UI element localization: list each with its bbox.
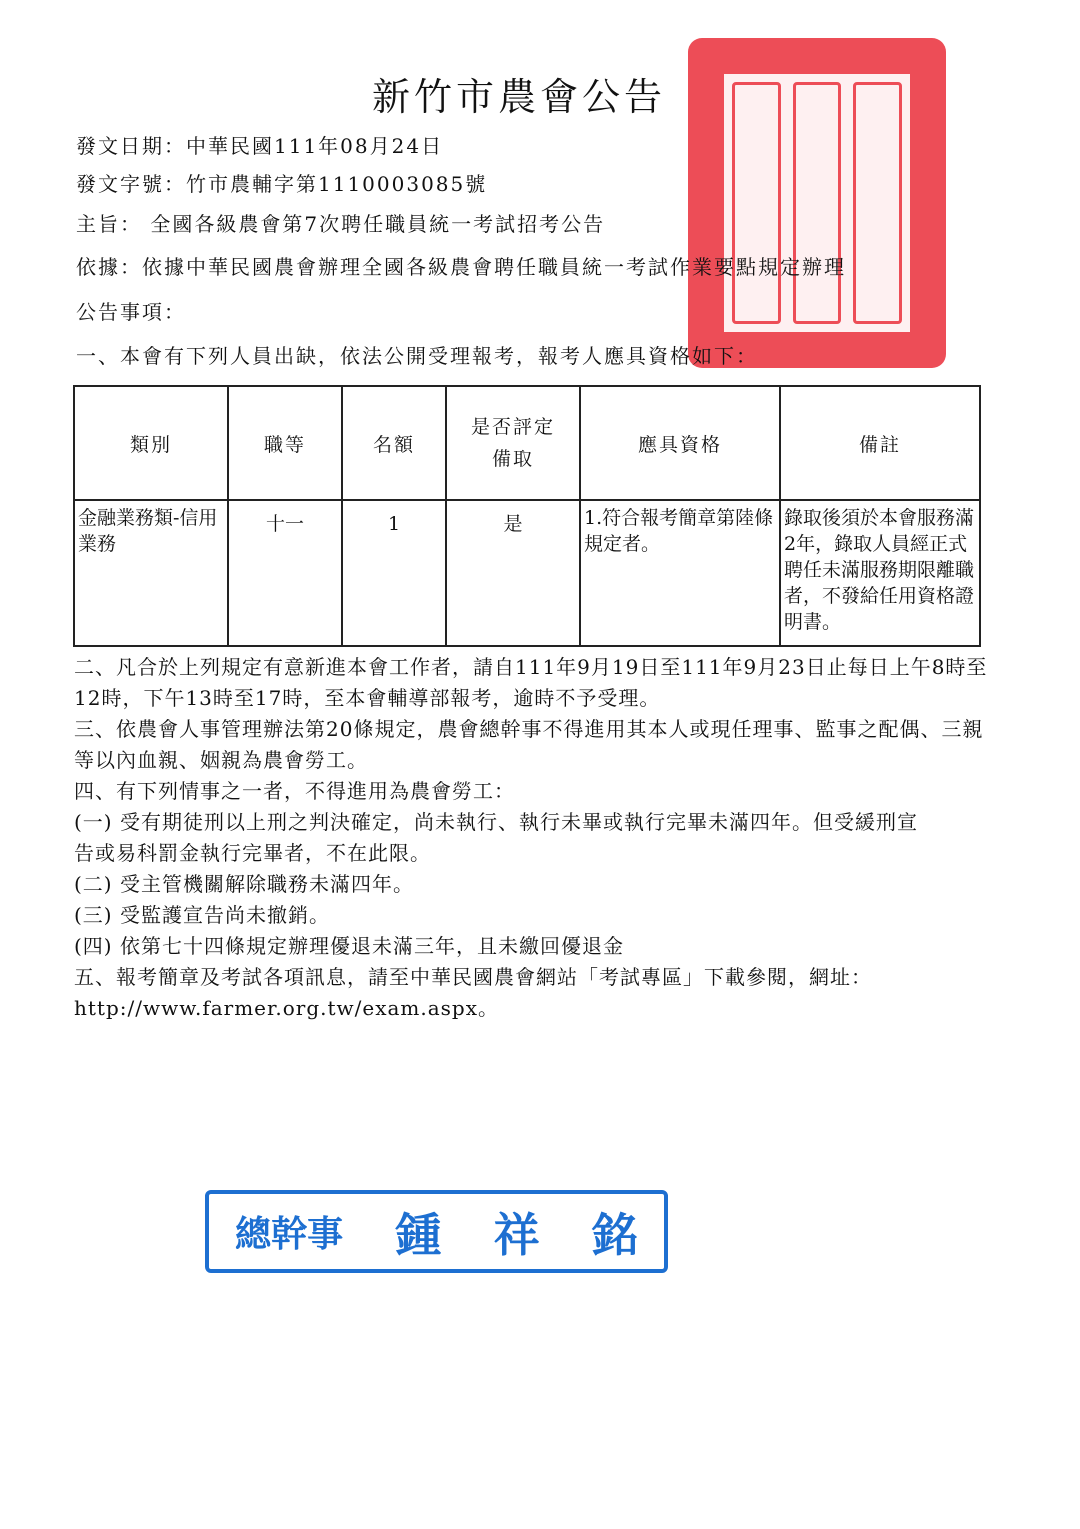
signature-name-1: 鍾 [395,1199,441,1265]
header-qualification: 應具資格 [580,386,780,500]
item-4-3: (三) 受監護宣告尚未撤銷。 [74,900,994,931]
header-quota: 名額 [342,386,446,500]
signature-name-3: 銘 [592,1199,638,1265]
signature-title: 總幹事 [235,1206,343,1257]
subject: 主旨： 全國各級農會第7次聘任職員統一考試招考公告 [76,208,605,237]
vacancy-table: 類別 職等 名額 是否評定備取 應具資格 備註 金融業務類-信用業務 十一 1 … [73,385,981,647]
notice-heading: 公告事項： [76,296,186,325]
cell-grade: 十一 [228,500,342,646]
item-1: 一、本會有下列人員出缺，依法公開受理報考，報考人應具資格如下： [76,340,758,369]
item-5: 五、報考簡章及考試各項訊息，請至中華民國農會網站「考試專區」下載參閱，網址：ht… [74,962,994,1024]
table-row: 金融業務類-信用業務 十一 1 是 1.符合報考簡章第陸條規定者。 錄取後須於本… [74,500,980,646]
signature-name-2: 祥 [494,1199,540,1265]
official-red-seal [688,38,946,368]
header-grade: 職等 [228,386,342,500]
item-3: 三、依農會人事管理辦法第20條規定，農會總幹事不得進用其本人或現任理事、監事之配… [74,714,994,776]
header-waitlist: 是否評定備取 [446,386,580,500]
document-number: 發文字號：竹市農輔字第1110003085號 [76,168,487,197]
cell-remarks: 錄取後須於本會服務滿2年，錄取人員經正式聘任未滿服務期限離職者，不發給任用資格證… [780,500,980,646]
cell-category: 金融業務類-信用業務 [74,500,228,646]
cell-qualification: 1.符合報考簡章第陸條規定者。 [580,500,780,646]
cell-quota: 1 [342,500,446,646]
item-2: 二、凡合於上列規定有意新進本會工作者，請自111年9月19日至111年9月23日… [74,652,994,714]
legal-basis: 依據：依據中華民國農會辦理全國各級農會聘任職員統一考試作業要點規定辦理 [76,251,846,280]
header-category: 類別 [74,386,228,500]
item-4-1: (一) 受有期徒刑以上刑之判決確定，尚未執行、執行未畢或執行完畢未滿四年。但受緩… [74,807,934,869]
item-4: 四、有下列情事之一者，不得進用為農會勞工： [74,776,994,807]
cell-waitlist: 是 [446,500,580,646]
header-remarks: 備註 [780,386,980,500]
table-header-row: 類別 職等 名額 是否評定備取 應具資格 備註 [74,386,980,500]
general-manager-signature-stamp: 總幹事 鍾 祥 銘 [205,1190,668,1273]
issue-date: 發文日期：中華民國111年08月24日 [76,130,443,159]
document-title: 新竹市農會公告 [372,66,666,121]
item-4-4: (四) 依第七十四條規定辦理優退未滿三年，且未繳回優退金 [74,931,994,962]
item-4-2: (二) 受主管機關解除職務未滿四年。 [74,869,994,900]
